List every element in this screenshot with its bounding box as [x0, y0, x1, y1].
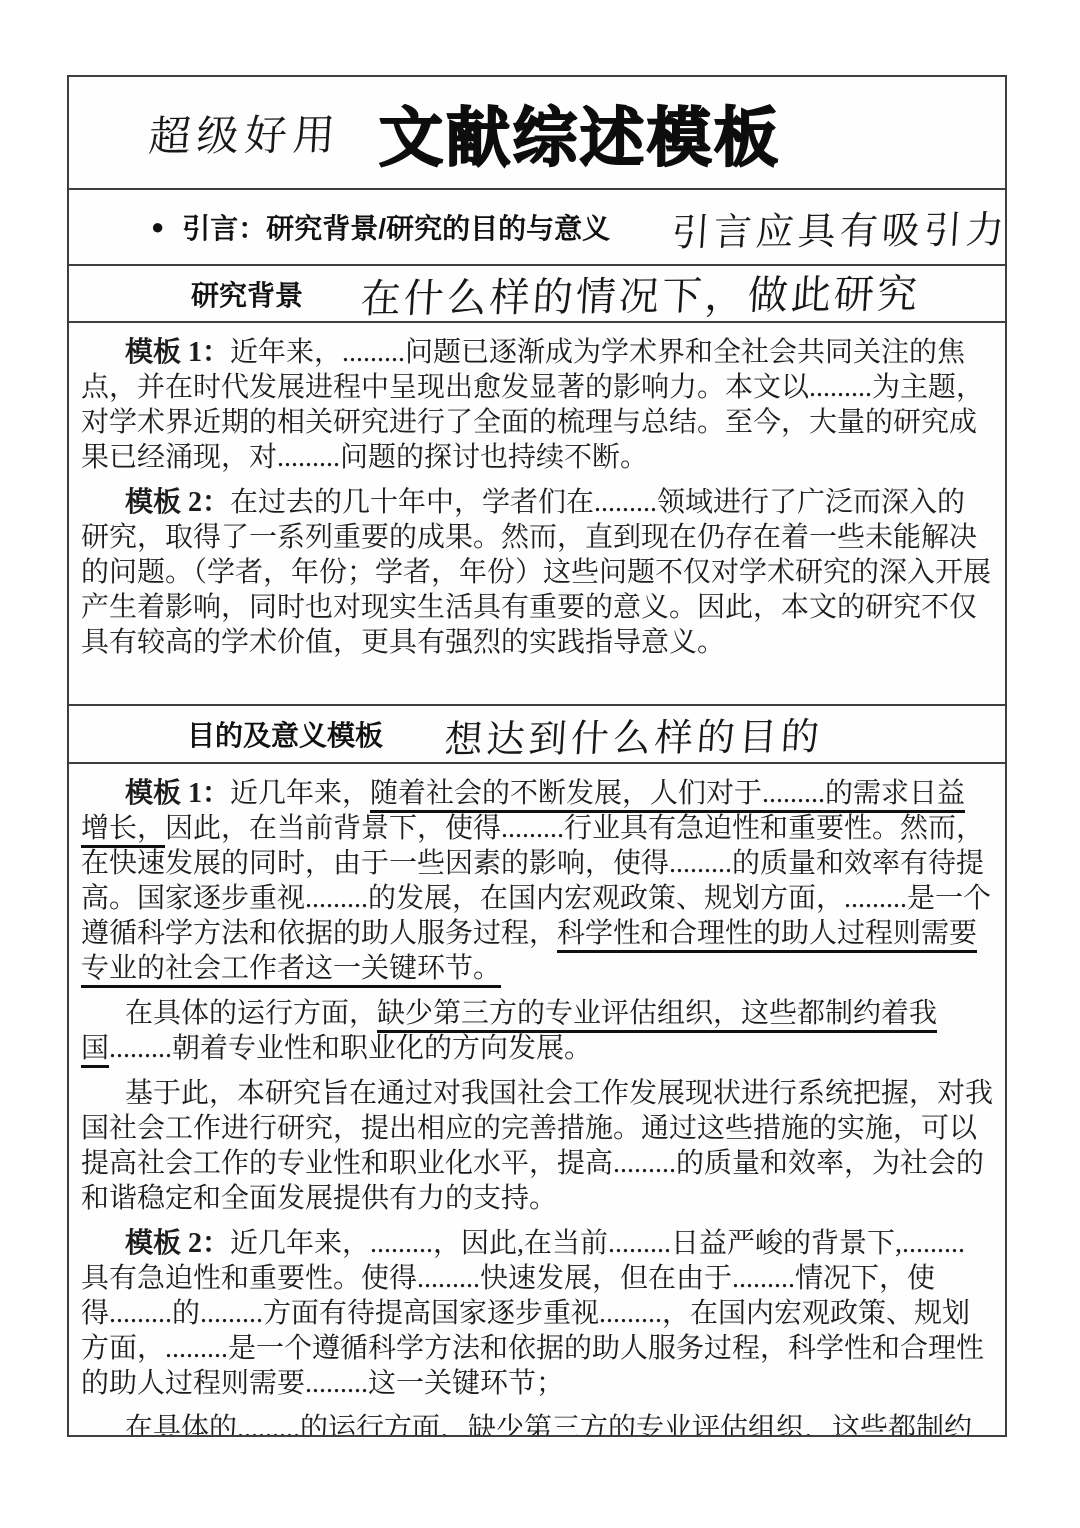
background-handwritten-annotation: 在什么样的情况下，做此研究	[359, 263, 922, 325]
template-paragraph: 模板 2：在过去的几十年中，学者们在.........领域进行了广泛而深入的研究…	[81, 485, 993, 660]
bullet-icon: ●	[151, 214, 164, 240]
handwritten-tag: 超级好用	[147, 102, 343, 164]
template-paragraph: 在具体的运行方面，缺少第三方的专业评估组织，这些都制约着我国.........朝…	[81, 996, 993, 1066]
intro-label: 引言：研究背景/研究的目的与意义	[182, 207, 610, 247]
background-label: 研究背景	[191, 274, 303, 314]
title-row: 超级好用 文献综述模板	[69, 77, 1005, 190]
purpose-label: 目的及意义模板	[187, 714, 383, 754]
template-paragraph: 在具体的.........的运行方面，缺少第三方的专业评估组织，这些都制约着我	[81, 1411, 993, 1435]
intro-handwritten-annotation: 引言应具有吸引力	[670, 198, 1010, 256]
purpose-templates-cell: 模板 1：近几年来，随着社会的不断发展，人们对于.........的需求日益增长…	[69, 764, 1005, 1435]
purpose-handwritten-annotation: 想达到什么样的目的	[443, 705, 825, 763]
page-title: 文献综述模板	[379, 87, 781, 179]
template-paragraph: 模板 1：近几年来，随着社会的不断发展，人们对于.........的需求日益增长…	[81, 776, 993, 986]
literature-review-template-document: 超级好用 文献综述模板 ● 引言：研究背景/研究的目的与意义 引言应具有吸引力 …	[67, 75, 1007, 1437]
intro-row: ● 引言：研究背景/研究的目的与意义 引言应具有吸引力	[69, 190, 1005, 266]
template-paragraph: 基于此，本研究旨在通过对我国社会工作发展现状进行系统把握，对我国社会工作进行研究…	[81, 1076, 993, 1216]
background-label-row: 研究背景 在什么样的情况下，做此研究	[69, 266, 1005, 323]
template-paragraph: 模板 1：近年来，.........问题已逐渐成为学术界和全社会共同关注的焦点，…	[81, 335, 993, 475]
background-templates-cell: 模板 1：近年来，.........问题已逐渐成为学术界和全社会共同关注的焦点，…	[69, 323, 1005, 706]
template-paragraph: 模板 2：近几年来，.........，因此,在当前.........日益严峻的…	[81, 1226, 993, 1401]
purpose-label-row: 目的及意义模板 想达到什么样的目的	[69, 706, 1005, 764]
